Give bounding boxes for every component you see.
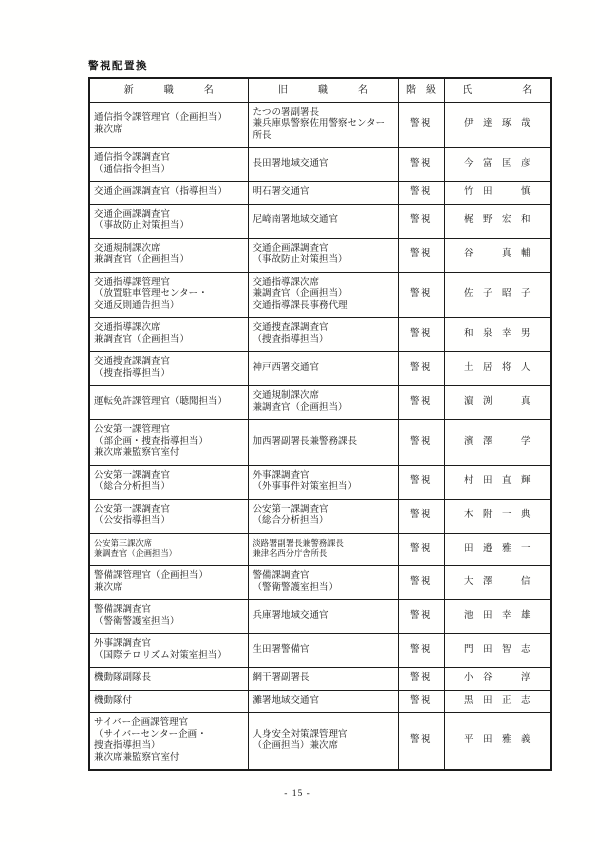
cell-rank: 警視 bbox=[398, 465, 444, 499]
table-row: 交通企画課調査官 （事故防止対策担当）尼崎南署地域交通官警視梶 野 宏 和 bbox=[89, 204, 551, 238]
cell-rank: 警視 bbox=[398, 204, 444, 238]
cell-old-post: 兵庫署地域交通官 bbox=[248, 600, 398, 634]
cell-name: 小 谷 淳 bbox=[444, 668, 551, 691]
cell-name: 黒 田 正 志 bbox=[444, 690, 551, 713]
cell-old-post: 明石署交通官 bbox=[248, 182, 398, 205]
cell-new-post: 交通指導課次席 兼調査官（企画担当） bbox=[89, 318, 248, 352]
table-row: 警備課調査官 （警衛警護室担当）兵庫署地域交通官警視池 田 幸 雄 bbox=[89, 600, 551, 634]
table-row: 通信指令課管理官（企画担当） 兼次席たつの署副署長 兼兵庫県警察佐用警察センター… bbox=[89, 102, 551, 148]
cell-new-post: 運転免許課管理官（聴聞担当） bbox=[89, 386, 248, 420]
cell-new-post: 交通企画課調査官（指導担当） bbox=[89, 182, 248, 205]
assignment-table: 新 職 名 旧 職 名 階 級 氏 名 通信指令課管理官（企画担当） 兼次席たつ… bbox=[88, 77, 552, 771]
cell-name: 土 居 将 人 bbox=[444, 352, 551, 386]
cell-old-post: 公安第一課調査官 （総合分析担当） bbox=[248, 499, 398, 533]
table-row: 公安第一課管理官 （部企画・捜査指導担当） 兼次席兼監察官室付加西署副署長兼警務… bbox=[89, 420, 551, 466]
cell-new-post: サイバー企画課管理官 （サイバーセンター企画・ 捜査指導担当） 兼次席兼監察官室… bbox=[89, 713, 248, 771]
cell-rank: 警視 bbox=[398, 420, 444, 466]
cell-old-post: 長田署地域交通官 bbox=[248, 148, 398, 182]
cell-name: 濵 渕 真 bbox=[444, 386, 551, 420]
cell-rank: 警視 bbox=[398, 533, 444, 566]
col-header-new-post: 新 職 名 bbox=[89, 78, 248, 102]
cell-new-post: 警備課調査官 （警衛警護室担当） bbox=[89, 600, 248, 634]
cell-name: 竹 田 慎 bbox=[444, 182, 551, 205]
cell-name: 谷 真 輔 bbox=[444, 238, 551, 272]
cell-old-post: 神戸西署交通官 bbox=[248, 352, 398, 386]
cell-rank: 警視 bbox=[398, 690, 444, 713]
cell-name: 大 澤 信 bbox=[444, 566, 551, 600]
cell-old-post: 交通指導課次席 兼調査官（企画担当） 交通指導課長事務代理 bbox=[248, 272, 398, 318]
cell-new-post: 警備課管理官（企画担当） 兼次席 bbox=[89, 566, 248, 600]
cell-rank: 警視 bbox=[398, 148, 444, 182]
table-row: 交通指導課次席 兼調査官（企画担当）交通捜査課調査官 （捜査指導担当）警視和 泉… bbox=[89, 318, 551, 352]
table-row: 交通指導課管理官 （放置駐車管理センター・ 交通反則通告担当）交通指導課次席 兼… bbox=[89, 272, 551, 318]
cell-name: 平 田 雅 義 bbox=[444, 713, 551, 771]
cell-new-post: 外事課調査官 （国際テロリズム対策室担当） bbox=[89, 634, 248, 668]
cell-new-post: 交通企画課調査官 （事故防止対策担当） bbox=[89, 204, 248, 238]
table-row: 通信指令課調査官 （通信指令担当）長田署地域交通官警視今 富 匡 彦 bbox=[89, 148, 551, 182]
cell-old-post: 網干署副署長 bbox=[248, 668, 398, 691]
cell-name: 田 邉 雅 一 bbox=[444, 533, 551, 566]
cell-old-post: 灘署地域交通官 bbox=[248, 690, 398, 713]
cell-name: 木 附 一 典 bbox=[444, 499, 551, 533]
cell-rank: 警視 bbox=[398, 102, 444, 148]
cell-name: 梶 野 宏 和 bbox=[444, 204, 551, 238]
table-row: 機動隊付灘署地域交通官警視黒 田 正 志 bbox=[89, 690, 551, 713]
col-header-old-post: 旧 職 名 bbox=[248, 78, 398, 102]
cell-old-post: 加西署副署長兼警務課長 bbox=[248, 420, 398, 466]
cell-new-post: 公安第一課管理官 （部企画・捜査指導担当） 兼次席兼監察官室付 bbox=[89, 420, 248, 466]
cell-rank: 警視 bbox=[398, 499, 444, 533]
cell-old-post: 警備課調査官 （警衛警護室担当） bbox=[248, 566, 398, 600]
cell-new-post: 交通規制課次席 兼調査官（企画担当） bbox=[89, 238, 248, 272]
cell-old-post: 淡路署副署長兼警務課長 兼津名西分庁舎所長 bbox=[248, 533, 398, 566]
header-row: 新 職 名 旧 職 名 階 級 氏 名 bbox=[89, 78, 551, 102]
cell-old-post: 尼崎南署地域交通官 bbox=[248, 204, 398, 238]
cell-old-post: 人身安全対策課管理官 （企画担当）兼次席 bbox=[248, 713, 398, 771]
cell-rank: 警視 bbox=[398, 386, 444, 420]
cell-old-post: たつの署副署長 兼兵庫県警察佐用警察センター 所長 bbox=[248, 102, 398, 148]
table-row: サイバー企画課管理官 （サイバーセンター企画・ 捜査指導担当） 兼次席兼監察官室… bbox=[89, 713, 551, 771]
col-header-rank: 階 級 bbox=[398, 78, 444, 102]
cell-old-post: 交通企画課調査官 （事故防止対策担当） bbox=[248, 238, 398, 272]
cell-new-post: 公安第一課調査官 （公安指導担当） bbox=[89, 499, 248, 533]
cell-rank: 警視 bbox=[398, 713, 444, 771]
cell-new-post: 公安第三課次席 兼調査官（企画担当） bbox=[89, 533, 248, 566]
cell-rank: 警視 bbox=[398, 352, 444, 386]
table-row: 外事課調査官 （国際テロリズム対策室担当）生田署警備官警視門 田 智 志 bbox=[89, 634, 551, 668]
cell-name: 今 富 匡 彦 bbox=[444, 148, 551, 182]
cell-new-post: 交通捜査課調査官 （捜査指導担当） bbox=[89, 352, 248, 386]
cell-name: 佐 子 昭 子 bbox=[444, 272, 551, 318]
table-header: 新 職 名 旧 職 名 階 級 氏 名 bbox=[89, 78, 551, 102]
table-body: 通信指令課管理官（企画担当） 兼次席たつの署副署長 兼兵庫県警察佐用警察センター… bbox=[89, 102, 551, 770]
cell-name: 村 田 直 輝 bbox=[444, 465, 551, 499]
cell-new-post: 通信指令課管理官（企画担当） 兼次席 bbox=[89, 102, 248, 148]
table-row: 公安第一課調査官 （公安指導担当）公安第一課調査官 （総合分析担当）警視木 附 … bbox=[89, 499, 551, 533]
cell-name: 池 田 幸 雄 bbox=[444, 600, 551, 634]
cell-rank: 警視 bbox=[398, 238, 444, 272]
cell-rank: 警視 bbox=[398, 668, 444, 691]
cell-name: 伊 達 琢 哉 bbox=[444, 102, 551, 148]
table-row: 警備課管理官（企画担当） 兼次席警備課調査官 （警衛警護室担当）警視大 澤 信 bbox=[89, 566, 551, 600]
table-row: 運転免許課管理官（聴聞担当）交通規制課次席 兼調査官（企画担当）警視濵 渕 真 bbox=[89, 386, 551, 420]
cell-rank: 警視 bbox=[398, 182, 444, 205]
cell-old-post: 外事課調査官 （外事事件対策室担当） bbox=[248, 465, 398, 499]
page-number: - 15 - bbox=[0, 789, 595, 799]
cell-rank: 警視 bbox=[398, 634, 444, 668]
cell-rank: 警視 bbox=[398, 600, 444, 634]
table-row: 機動隊副隊長網干署副署長警視小 谷 淳 bbox=[89, 668, 551, 691]
cell-old-post: 生田署警備官 bbox=[248, 634, 398, 668]
table-row: 交通企画課調査官（指導担当）明石署交通官警視竹 田 慎 bbox=[89, 182, 551, 205]
cell-new-post: 機動隊副隊長 bbox=[89, 668, 248, 691]
cell-new-post: 機動隊付 bbox=[89, 690, 248, 713]
cell-rank: 警視 bbox=[398, 272, 444, 318]
cell-old-post: 交通捜査課調査官 （捜査指導担当） bbox=[248, 318, 398, 352]
cell-new-post: 公安第一課調査官 （総合分析担当） bbox=[89, 465, 248, 499]
cell-rank: 警視 bbox=[398, 566, 444, 600]
table-row: 交通捜査課調査官 （捜査指導担当）神戸西署交通官警視土 居 将 人 bbox=[89, 352, 551, 386]
cell-new-post: 交通指導課管理官 （放置駐車管理センター・ 交通反則通告担当） bbox=[89, 272, 248, 318]
document-title: 警視配置換 bbox=[88, 58, 148, 73]
table-row: 交通規制課次席 兼調査官（企画担当）交通企画課調査官 （事故防止対策担当）警視谷… bbox=[89, 238, 551, 272]
cell-rank: 警視 bbox=[398, 318, 444, 352]
table-row: 公安第一課調査官 （総合分析担当）外事課調査官 （外事事件対策室担当）警視村 田… bbox=[89, 465, 551, 499]
cell-name: 和 泉 幸 男 bbox=[444, 318, 551, 352]
cell-old-post: 交通規制課次席 兼調査官（企画担当） bbox=[248, 386, 398, 420]
cell-new-post: 通信指令課調査官 （通信指令担当） bbox=[89, 148, 248, 182]
col-header-name: 氏 名 bbox=[444, 78, 551, 102]
table-row: 公安第三課次席 兼調査官（企画担当）淡路署副署長兼警務課長 兼津名西分庁舎所長警… bbox=[89, 533, 551, 566]
cell-name: 門 田 智 志 bbox=[444, 634, 551, 668]
document-page: 警視配置換 新 職 名 旧 職 名 階 級 氏 名 通信指令課管理官（企画担当）… bbox=[0, 0, 595, 842]
cell-name: 濱 澤 学 bbox=[444, 420, 551, 466]
